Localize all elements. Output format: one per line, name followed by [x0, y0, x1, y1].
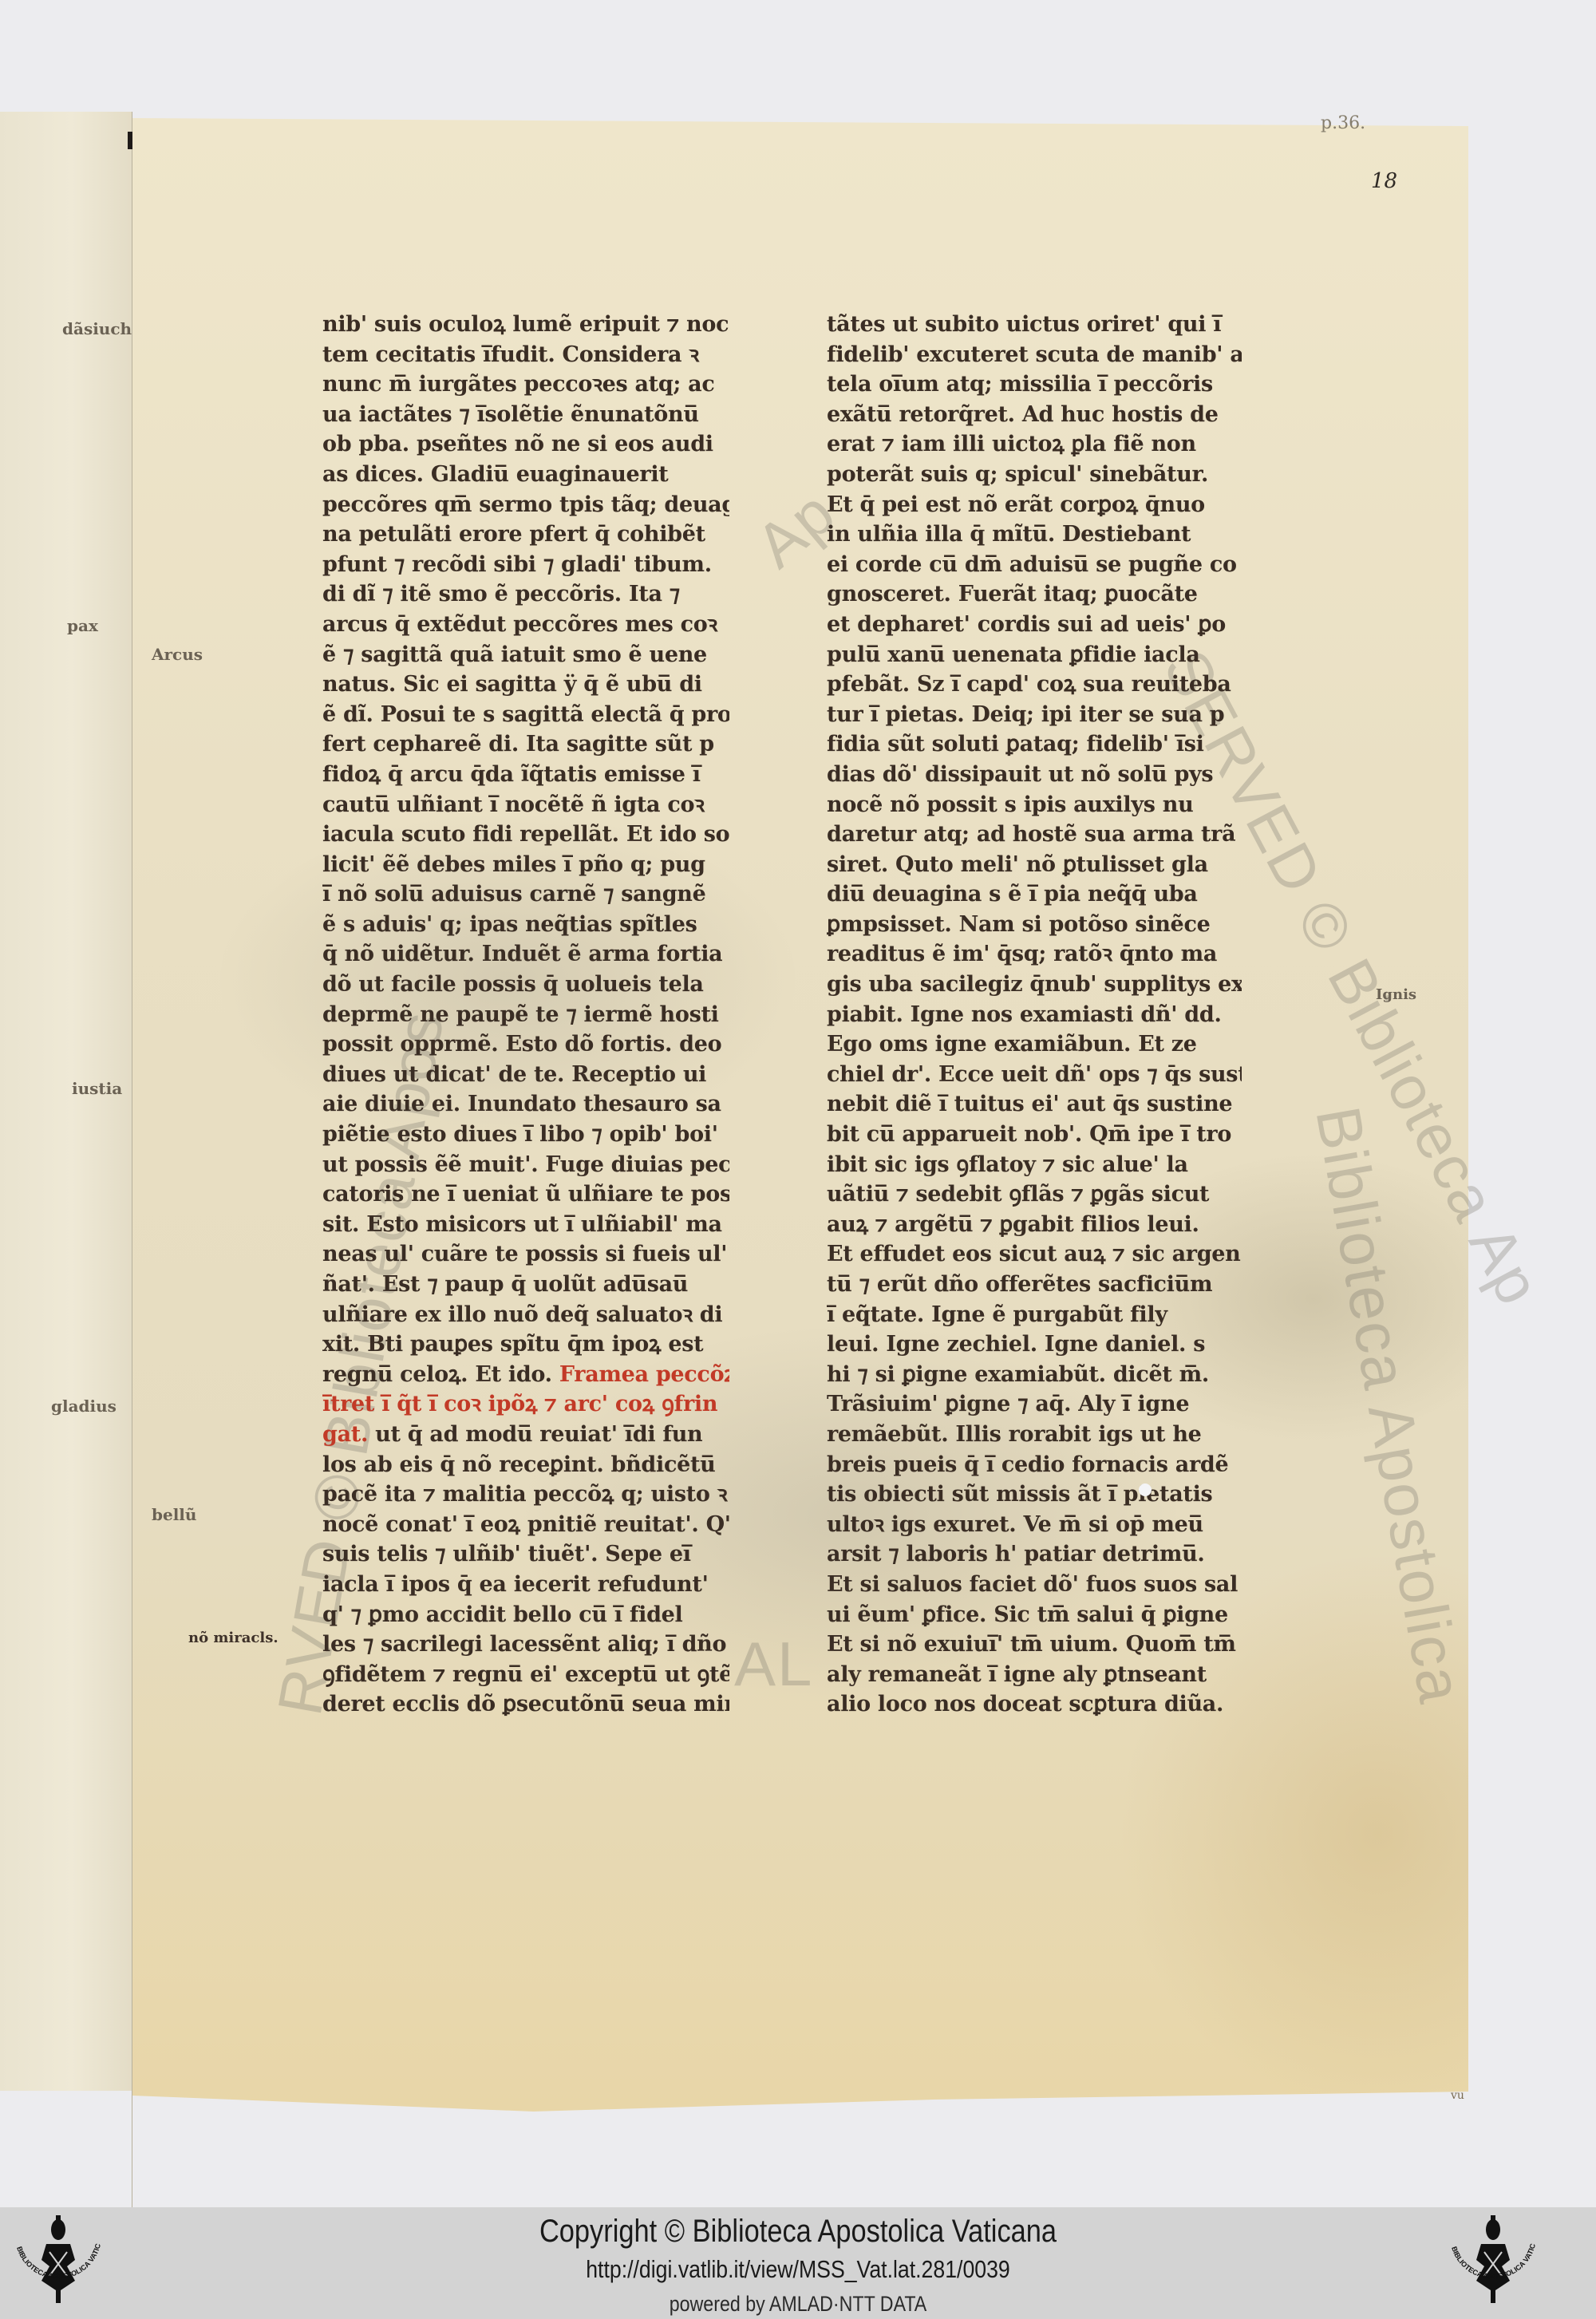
text-line: iacla i̅ ipos q̄ ea iecerit refudunt' [322, 1570, 729, 1600]
text-line: arsit ⁊ laboris h' patiar detrimu̅. [827, 1539, 1242, 1570]
copyright-footer: BIBLIOTECA APOSTOLICA VATICANA Copyright… [0, 2207, 1596, 2319]
margin-note-pax: pax [67, 616, 98, 635]
text-line: leui. Igne zechiel. Igne daniel. s [827, 1329, 1242, 1360]
powered-by-text: powered by AMLAD·NTT DATA [112, 2292, 1484, 2317]
text-line: fert cephareẽ di. Ita sagitte sũt p [322, 729, 729, 760]
text-line: suis telis ⁊ ulñib' tiuẽt'. Sepe ei̅ [322, 1539, 729, 1570]
text-line: Trãsiuim' ꝑigne ⁊ aq̄. Aly i̅ igne [827, 1389, 1242, 1420]
margin-note-iustia: iustia [72, 1079, 122, 1098]
text-line: aly remaneãt i̅ igne aly ꝑtnseant [827, 1660, 1242, 1690]
text-column-left: nib' suis oculoꝝ lumẽ eripuit ⁊ noc tem … [322, 310, 729, 1720]
text-line: i̅ eq̃tate. Igne ẽ purgabũt fily [827, 1300, 1242, 1330]
margin-note-gladius: gladius [51, 1397, 117, 1416]
text-line: cautu̅ ulñiant i̅ nocẽtẽ ñ igta coꝛ [322, 790, 729, 820]
text-line: exãtu̅ retorq̃ret. Ad huc hostis de [827, 400, 1242, 430]
text-line: xit. Bti pauꝑes spĩtu q̄m ipoꝝ est [322, 1329, 729, 1360]
text-line: les ⁊ sacrilegi lacessẽnt aliq; i̅ dño [322, 1630, 729, 1660]
text-line: licit' ẽẽ debes miles i̅ pño q; pug [322, 850, 729, 880]
text-line: catoris ne i̅ ueniat ũ ulñiare te pos [322, 1179, 729, 1210]
text-line: alio loco nos doceat scꝑtura diũa. [827, 1689, 1242, 1720]
text-line: tãtes ut subito uictus oriret' qui i̅ [827, 310, 1242, 340]
text-line: pacẽ ita ⁊ malitia peccõꝝ q; uisto ꝛ [322, 1479, 729, 1510]
text-line: as dices. Gladiu̅ euaginauerit [322, 460, 729, 490]
text-line: ꝯfidẽtem ⁊ regnu̅ ei' exceptu̅ ut ꝯtẽ [322, 1660, 729, 1690]
margin-note-dasiuch: dãsiuch [62, 319, 132, 338]
text-line: los ab eis q̄ nõ receꝑint. bñdicẽtu̅ [322, 1450, 729, 1480]
margin-note-non-miracula: nõ miracls. [188, 1630, 279, 1646]
text-line: q̄ nõ uidẽtur. Induẽt ẽ arma fortia [322, 939, 729, 970]
text-line: et depharet' cordis sui ad ueis' ꝑo [827, 610, 1242, 640]
text-line: ẽ dĩ. Posui te s sagittã electã q̄ pro [322, 700, 729, 730]
text-line: natus. Sic ei sagitta ÿ q̄ ẽ ubu̅ di [322, 670, 729, 700]
text-line: dias dõ' dissipauit ut nõ solu̅ pys [827, 760, 1242, 790]
text-line: ui ẽum' ꝑfice. Sic tm̅ salui q̄ ꝑigne [827, 1600, 1242, 1630]
text-line: poterãt suis q; spicul' sinebãtur. [827, 460, 1242, 490]
text-line: nocẽ nõ possit s ipis auxilys nu [827, 790, 1242, 820]
text-line: ob pba. pseñtes nõ ne si eos audi [322, 429, 729, 460]
text-line: breis pueis q̄ i̅ cedio fornacis ardẽ [827, 1450, 1242, 1480]
text-line: pulu̅ xanu̅ uenenata ꝑfidie iacla [827, 640, 1242, 670]
text-line: na petulãti erore pfert q̄ cohibẽt [322, 520, 729, 550]
text-line: bit cu̅ apparueit nob'. Qm̅ ipe i̅ tro [827, 1120, 1242, 1150]
text-line: hi ⁊ si ꝑigne examiabũt. dicẽt m̅. [827, 1360, 1242, 1390]
text-segment: ut q̄ ad modu̅ reuiat' i̅di fun [368, 1422, 702, 1447]
text-line: fidoꝝ q̄ arcu q̄da ĩq̃tatis emisse i̅ [322, 760, 729, 790]
manuscript-scan: RVED © Biblioteca Apos SERVED © Bibliote… [0, 0, 1596, 2207]
text-line: ꝑmpsisset. Nam si potõso sinẽce [827, 910, 1242, 940]
text-line: Et si nõ exuiuı̅' tm̅ uium. Quom̅ tm̅ [827, 1630, 1242, 1660]
text-line: iacula scuto fidi repellãt. Et ido sol [322, 820, 729, 850]
margin-note-bellum: bellũ [152, 1505, 196, 1524]
text-line: aie diuie ei. Inundato thesauro sa [322, 1089, 729, 1120]
text-line: neas ul' cuãre te possis si fueis ul' [322, 1239, 729, 1270]
margin-note-ignis: Ignis [1376, 986, 1416, 1003]
text-line: tem cecitatis i̅fudit. Considera ꝛ [322, 340, 729, 370]
text-line: uãtiu̅ ⁊ sedebit ꝯflãs ⁊ ꝑgãs sicut [827, 1179, 1242, 1210]
text-line: daretur atq; ad hostẽ sua arma trã [827, 820, 1242, 850]
text-line: diu̅ deuagina s ẽ i̅ pia neq̃q̄ uba [827, 879, 1242, 910]
parchment-hole [1139, 1483, 1152, 1496]
text-line: deprmẽ ne paupẽ te ⁊ iermẽ hosti [322, 1000, 729, 1030]
text-line: ua iactãtes ⁊ i̅solẽtie ẽnunatõnu̅ [322, 400, 729, 430]
text-line: pfunt ⁊ recõdi sibi ⁊ gladi' tibum. [322, 550, 729, 580]
text-line: piabit. Igne nos examiasti dñ' dd. [827, 1000, 1242, 1030]
copyright-text: Copyright © Biblioteca Apostolica Vatica… [112, 2214, 1484, 2250]
text-line: erat ⁊ iam illi uictoꝝ ꝑla fiẽ non [827, 429, 1242, 460]
text-segment: regnu̅ celoꝝ. Et ido. [322, 1362, 552, 1387]
text-line: deret ecclis dõ ꝑsecutõnu̅ seua mini [322, 1689, 729, 1720]
text-line: nebit diẽ i̅ tuitus ei' aut q̄s sustine [827, 1089, 1242, 1120]
text-line: gis uba sacilegiz q̄nub' supplitys ex [827, 970, 1242, 1000]
text-line: tela oı̅um atq; missilia i̅ peccõris [827, 369, 1242, 400]
text-line: ẽ ⁊ sagittã quã iatuit smo ẽ uene [322, 640, 729, 670]
text-line: fidia sũt soluti ꝑataq; fidelib' i̅si [827, 729, 1242, 760]
text-line: chiel dr'. Ecce ueit dñ' ops ⁊ q̄s susti [827, 1060, 1242, 1090]
text-line: tu̅ ⁊ erũt dño offerẽtes sacficiu̅m [827, 1270, 1242, 1300]
quire-mark: vu [1451, 2089, 1464, 2102]
text-line: nunc m̅ iurgãtes peccoꝛes atq; ac [322, 369, 729, 400]
text-line: auꝝ ⁊ argẽtu̅ ⁊ ꝑgabit filios leui. [827, 1210, 1242, 1240]
rubric-text: gat. [322, 1422, 368, 1447]
text-line: Ego oms igne examiãbun. Et ze [827, 1029, 1242, 1060]
text-line: siret. Quto meli' nõ ꝑtulisset gla [827, 850, 1242, 880]
text-line: tis obiecti sũt missis ãt i̅ pietatis [827, 1479, 1242, 1510]
watermark-bottom: AL [734, 1628, 813, 1701]
text-line: q' ⁊ ꝑmo accidit bello cu̅ i̅ fidel [322, 1600, 729, 1630]
shelfmark-note: p.36. [1321, 113, 1365, 133]
text-line: nib' suis oculoꝝ lumẽ eripuit ⁊ noc [322, 310, 729, 340]
text-line: possit opprmẽ. Esto dõ fortis. deo [322, 1029, 729, 1060]
vatican-library-logo-icon: BIBLIOTECA APOSTOLICA VATICANA [5, 2212, 112, 2314]
text-line: ñat'. Est ⁊ paup q̄ uolũt adu̅sau̅ [322, 1270, 729, 1300]
text-line: ei corde cu̅ dm̅ aduisu̅ se pugñe co [827, 550, 1242, 580]
text-line: piẽtie esto diues i̅ libo ⁊ opib' boi' [322, 1120, 729, 1150]
text-line: i̅ nõ solu̅ aduisus carnẽ ⁊ sangnẽ [322, 879, 729, 910]
facing-page-edge [0, 112, 132, 2210]
text-line: Et si saluos faciet dõ' fuos suos sal [827, 1570, 1242, 1600]
margin-note-arcus: Arcus [152, 645, 203, 664]
text-line: ẽ s aduis' q; ipas neq̃tias spĩtles [322, 910, 729, 940]
text-line: arcus q̄ extẽdut peccõres mes coꝛ [322, 610, 729, 640]
text-line: nocẽ conat' i̅ eoꝝ pnitiẽ reuitat'. Q' [322, 1510, 729, 1540]
text-line: Et q̄ pei est nõ erãt corꝑoꝝ q̄nuo [827, 490, 1242, 520]
permalink-url[interactable]: http://digi.vatlib.it/view/MSS_Vat.lat.2… [112, 2255, 1484, 2284]
text-line: ibit sic igs ꝯflatoy ⁊ sic alue' la [827, 1150, 1242, 1180]
text-line: readitus ẽ im' q̄sq; ratõꝛ q̄nto ma [827, 939, 1242, 970]
text-line: fidelib' excuteret scuta de manib' ac [827, 340, 1242, 370]
rubric-text: Framea peccõꝝ [559, 1362, 729, 1387]
text-line: tur i̅ pietas. Deiq; ipi iter se sua p [827, 700, 1242, 730]
facing-page-bottom-bg [0, 2091, 132, 2207]
text-line: in ulñia illa q̄ mĩtu̅. Destiebant [827, 520, 1242, 550]
text-line: ultoꝛ igs exuret. Ve m̅ si op̄ meu̅ [827, 1510, 1242, 1540]
text-line: ulñiare ex illo nuõ deq̃ saluatoꝛ di [322, 1300, 729, 1330]
text-line: remãebũt. Illis rorabit igs ut he [827, 1420, 1242, 1450]
rubric-line: i̅tret i̅ q̃t i̅ coꝛ ipõꝝ ⁊ arc' coꝝ ꝯfr… [322, 1389, 729, 1420]
folio-number: 18 [1371, 169, 1397, 193]
text-line-with-rubric: regnu̅ celoꝝ. Et ido. Framea peccõꝝ [322, 1360, 729, 1390]
text-line: peccõres qm̅ sermo tpis tãq; deuagi [322, 490, 729, 520]
text-line: dõ ut facile possis q̄ uolueis tela [322, 970, 729, 1000]
text-column-right: tãtes ut subito uictus oriret' qui i̅ fi… [827, 310, 1242, 1720]
text-line: gnosceret. Fuerãt itaq; ꝑuocãte [827, 579, 1242, 610]
text-line: ut possis ẽẽ muit'. Fuge diuias pec [322, 1150, 729, 1180]
text-line: Et effudet eos sicut auꝝ ⁊ sic argen [827, 1239, 1242, 1270]
text-line: pfebãt. Sz i̅ capd' coꝝ sua reuiteba [827, 670, 1242, 700]
text-line: sit. Esto misicors ut i̅ ulñiabil' ma [322, 1210, 729, 1240]
text-line-with-rubric: gat. ut q̄ ad modu̅ reuiat' i̅di fun [322, 1420, 729, 1450]
vatican-library-logo-icon: BIBLIOTECA APOSTOLICA VATICANA [1440, 2212, 1547, 2314]
text-line: di dĩ ⁊ itẽ smo ẽ peccõris. Ita ⁊ [322, 579, 729, 610]
text-line: diues ut dicat' de te. Receptio ui [322, 1060, 729, 1090]
